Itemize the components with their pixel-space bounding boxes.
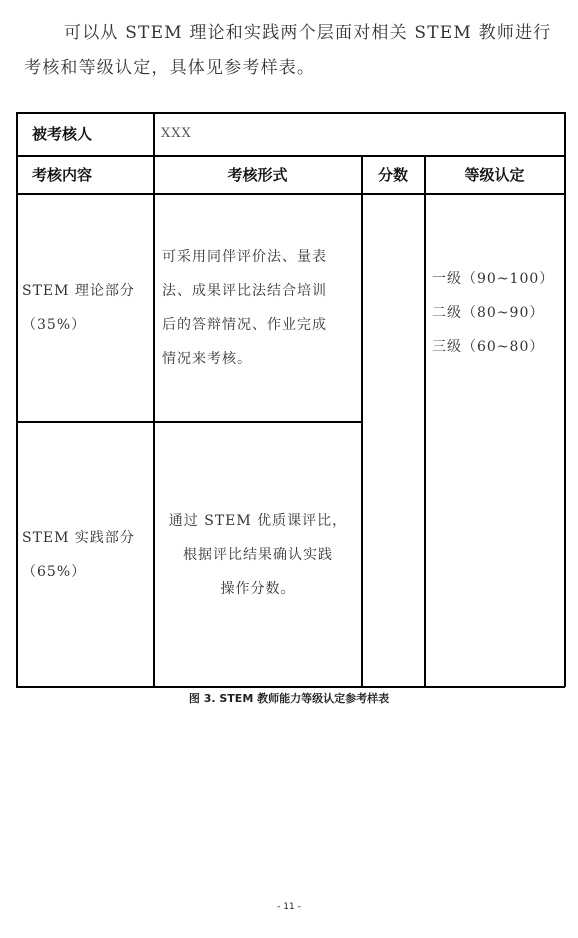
header-score: 分数 — [362, 155, 424, 193]
grade-1: 一级（90~100） — [432, 262, 554, 296]
header-form: 考核形式 — [154, 155, 361, 193]
theory-form-line: 情况来考核。 — [162, 342, 252, 376]
practice-form-line: 通过 STEM 优质课评比， — [169, 504, 347, 538]
theory-form-line: 可采用同伴评价法、量表 — [162, 240, 327, 274]
assessment-table: 被考核人 XXX 考核内容 考核形式 分数 等级认定 STEM 理论部分 （35… — [16, 112, 565, 687]
practice-title: STEM 实践部分 — [22, 521, 135, 555]
page-number: - 11 - — [0, 902, 578, 912]
practice-form-line: 操作分数。 — [221, 572, 296, 606]
header-content: 考核内容 — [32, 155, 152, 193]
paragraph-line-2: 考核和等级认定，具体见参考样表。 — [24, 52, 315, 84]
theory-weight: （35%） — [22, 308, 86, 342]
figure-caption: 图 3. STEM 教师能力等级认定参考样表 — [0, 690, 578, 706]
theory-form-line: 法、成果评比法结合培训 — [162, 274, 327, 308]
examinee-label: 被考核人 — [32, 112, 152, 155]
practice-form: 通过 STEM 优质课评比， 根据评比结果确认实践 操作分数。 — [155, 423, 361, 686]
theory-form-line: 后的答辩情况、作业完成 — [162, 308, 327, 342]
grade-2: 二级（80~90） — [432, 296, 544, 330]
score-cell — [362, 194, 424, 686]
grade-list: 一级（90~100） 二级（80~90） 三级（60~80） — [432, 262, 562, 364]
practice-weight: （65%） — [22, 555, 86, 589]
paragraph-line-1: 可以从 STEM 理论和实践两个层面对相关 STEM 教师进行 — [64, 17, 551, 49]
practice-form-line: 根据评比结果确认实践 — [183, 538, 333, 572]
theory-form: 可采用同伴评价法、量表 法、成果评比法结合培训 后的答辩情况、作业完成 情况来考… — [162, 194, 360, 421]
practice-content: STEM 实践部分 （65%） — [22, 423, 152, 686]
theory-content: STEM 理论部分 （35%） — [22, 194, 152, 421]
theory-title: STEM 理论部分 — [22, 274, 135, 308]
grade-3: 三级（60~80） — [432, 330, 544, 364]
header-grade: 等级认定 — [425, 155, 564, 193]
examinee-value: XXX — [161, 112, 561, 155]
